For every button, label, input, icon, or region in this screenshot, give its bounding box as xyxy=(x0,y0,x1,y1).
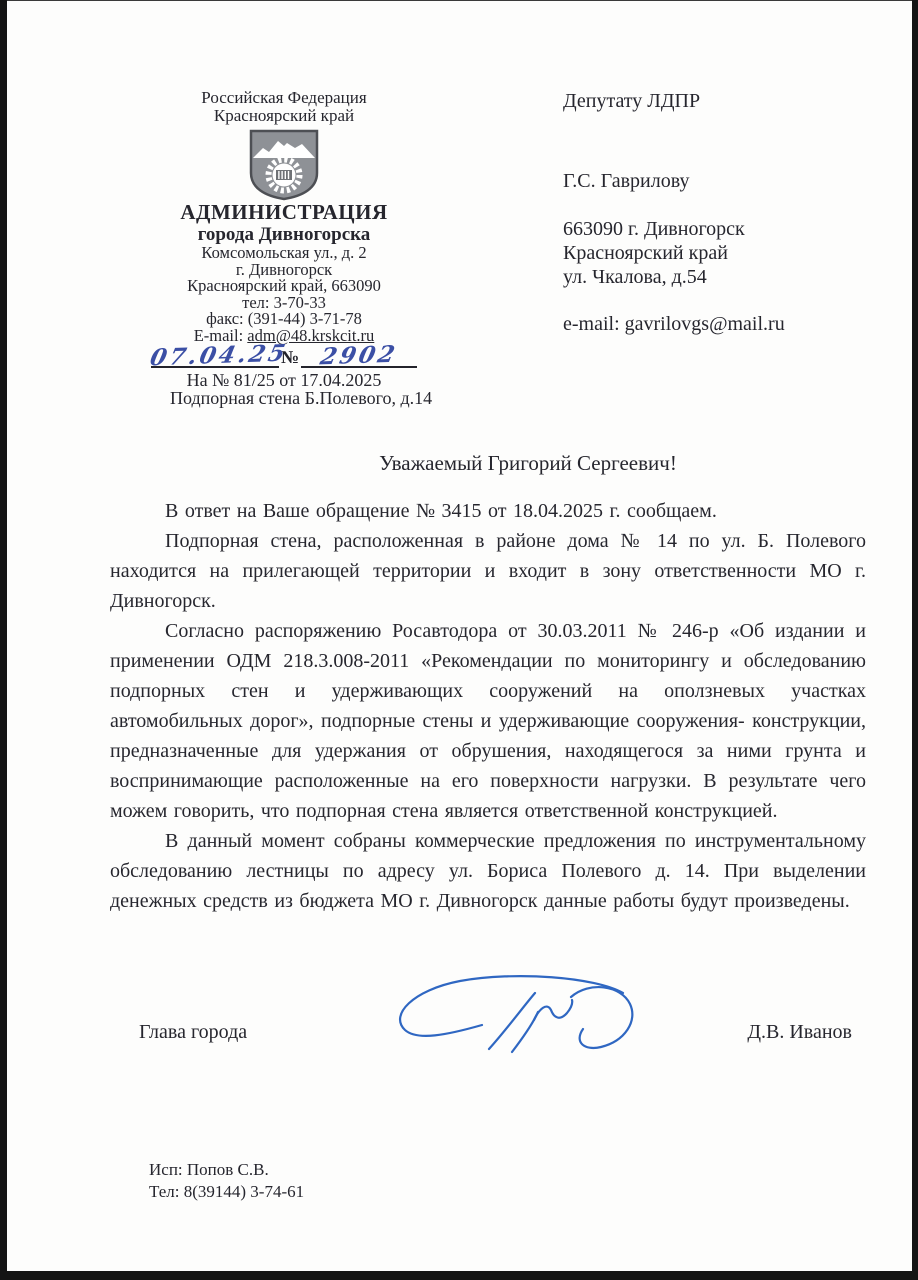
signatory-title: Глава города xyxy=(139,1021,247,1044)
executor-line: Исп: Попов С.В. xyxy=(149,1159,304,1181)
recipient-email: e-mail: gavrilovgs@mail.ru xyxy=(563,312,863,336)
coat-of-arms-icon xyxy=(246,129,322,201)
outgoing-number-row: 07.04.25№2902 xyxy=(114,342,454,368)
signature-stroke-icon xyxy=(385,973,645,1059)
outgoing-date-handwritten: 07.04.25 xyxy=(148,340,291,372)
outgoing-number-blank: 2902 xyxy=(301,342,417,368)
signature-row: Глава города Д.В. Иванов xyxy=(139,1021,852,1044)
footer: Исп: Попов С.В. Тел: 8(39144) 3-74-61 xyxy=(149,1159,304,1203)
letter-body: Уважаемый Григорий Сергеевич! В ответ на… xyxy=(110,451,866,916)
executor-phone: Тел: 8(39144) 3-74-61 xyxy=(149,1181,304,1203)
outgoing-date-blank: 07.04.25 xyxy=(151,342,279,368)
recipient-region: Красноярский край xyxy=(563,241,863,265)
signature-image xyxy=(385,973,645,1059)
recipient-name: Г.С. Гаврилову xyxy=(563,169,863,193)
recipient-block: Депутату ЛДПР Г.С. Гаврилову 663090 г. Д… xyxy=(563,89,863,336)
org-name: АДМИНИСТРАЦИЯ xyxy=(114,201,454,224)
letter-page: Российская Федерация Красноярский край А… xyxy=(7,0,912,1272)
body-paragraph: Согласно распоряжению Росавтодора от 30.… xyxy=(110,616,866,826)
salutation: Уважаемый Григорий Сергеевич! xyxy=(150,451,906,476)
subject-line: Подпорная стена Б.Полевого, д.14 xyxy=(170,388,432,409)
letterhead-region: Красноярский край xyxy=(114,107,454,125)
signatory-name: Д.В. Иванов xyxy=(747,1021,852,1044)
scan-border-right xyxy=(912,0,918,1280)
recipient-street: ул. Чкалова, д.54 xyxy=(563,265,863,289)
body-paragraph: В ответ на Ваше обращение № 3415 от 18.0… xyxy=(110,496,866,526)
scanned-letter: Российская Федерация Красноярский край А… xyxy=(0,0,918,1280)
recipient-postcode-city: 663090 г. Дивногорск xyxy=(563,217,863,241)
letterhead: Российская Федерация Красноярский край А… xyxy=(114,89,454,390)
letterhead-country: Российская Федерация xyxy=(114,89,454,107)
body-paragraph: Подпорная стена, расположенная в районе … xyxy=(110,526,866,616)
body-paragraph: В данный момент собраны коммерческие пре… xyxy=(110,826,866,916)
scan-border-left xyxy=(0,0,7,1280)
reference-line: На № 81/25 от 17.04.2025 xyxy=(114,370,454,390)
org-city: города Дивногорска xyxy=(114,224,454,245)
scan-border-bottom xyxy=(0,1271,918,1280)
coat-of-arms xyxy=(246,129,322,201)
outgoing-number-handwritten: 2902 xyxy=(318,341,400,371)
recipient-position: Депутату ЛДПР xyxy=(563,89,863,113)
